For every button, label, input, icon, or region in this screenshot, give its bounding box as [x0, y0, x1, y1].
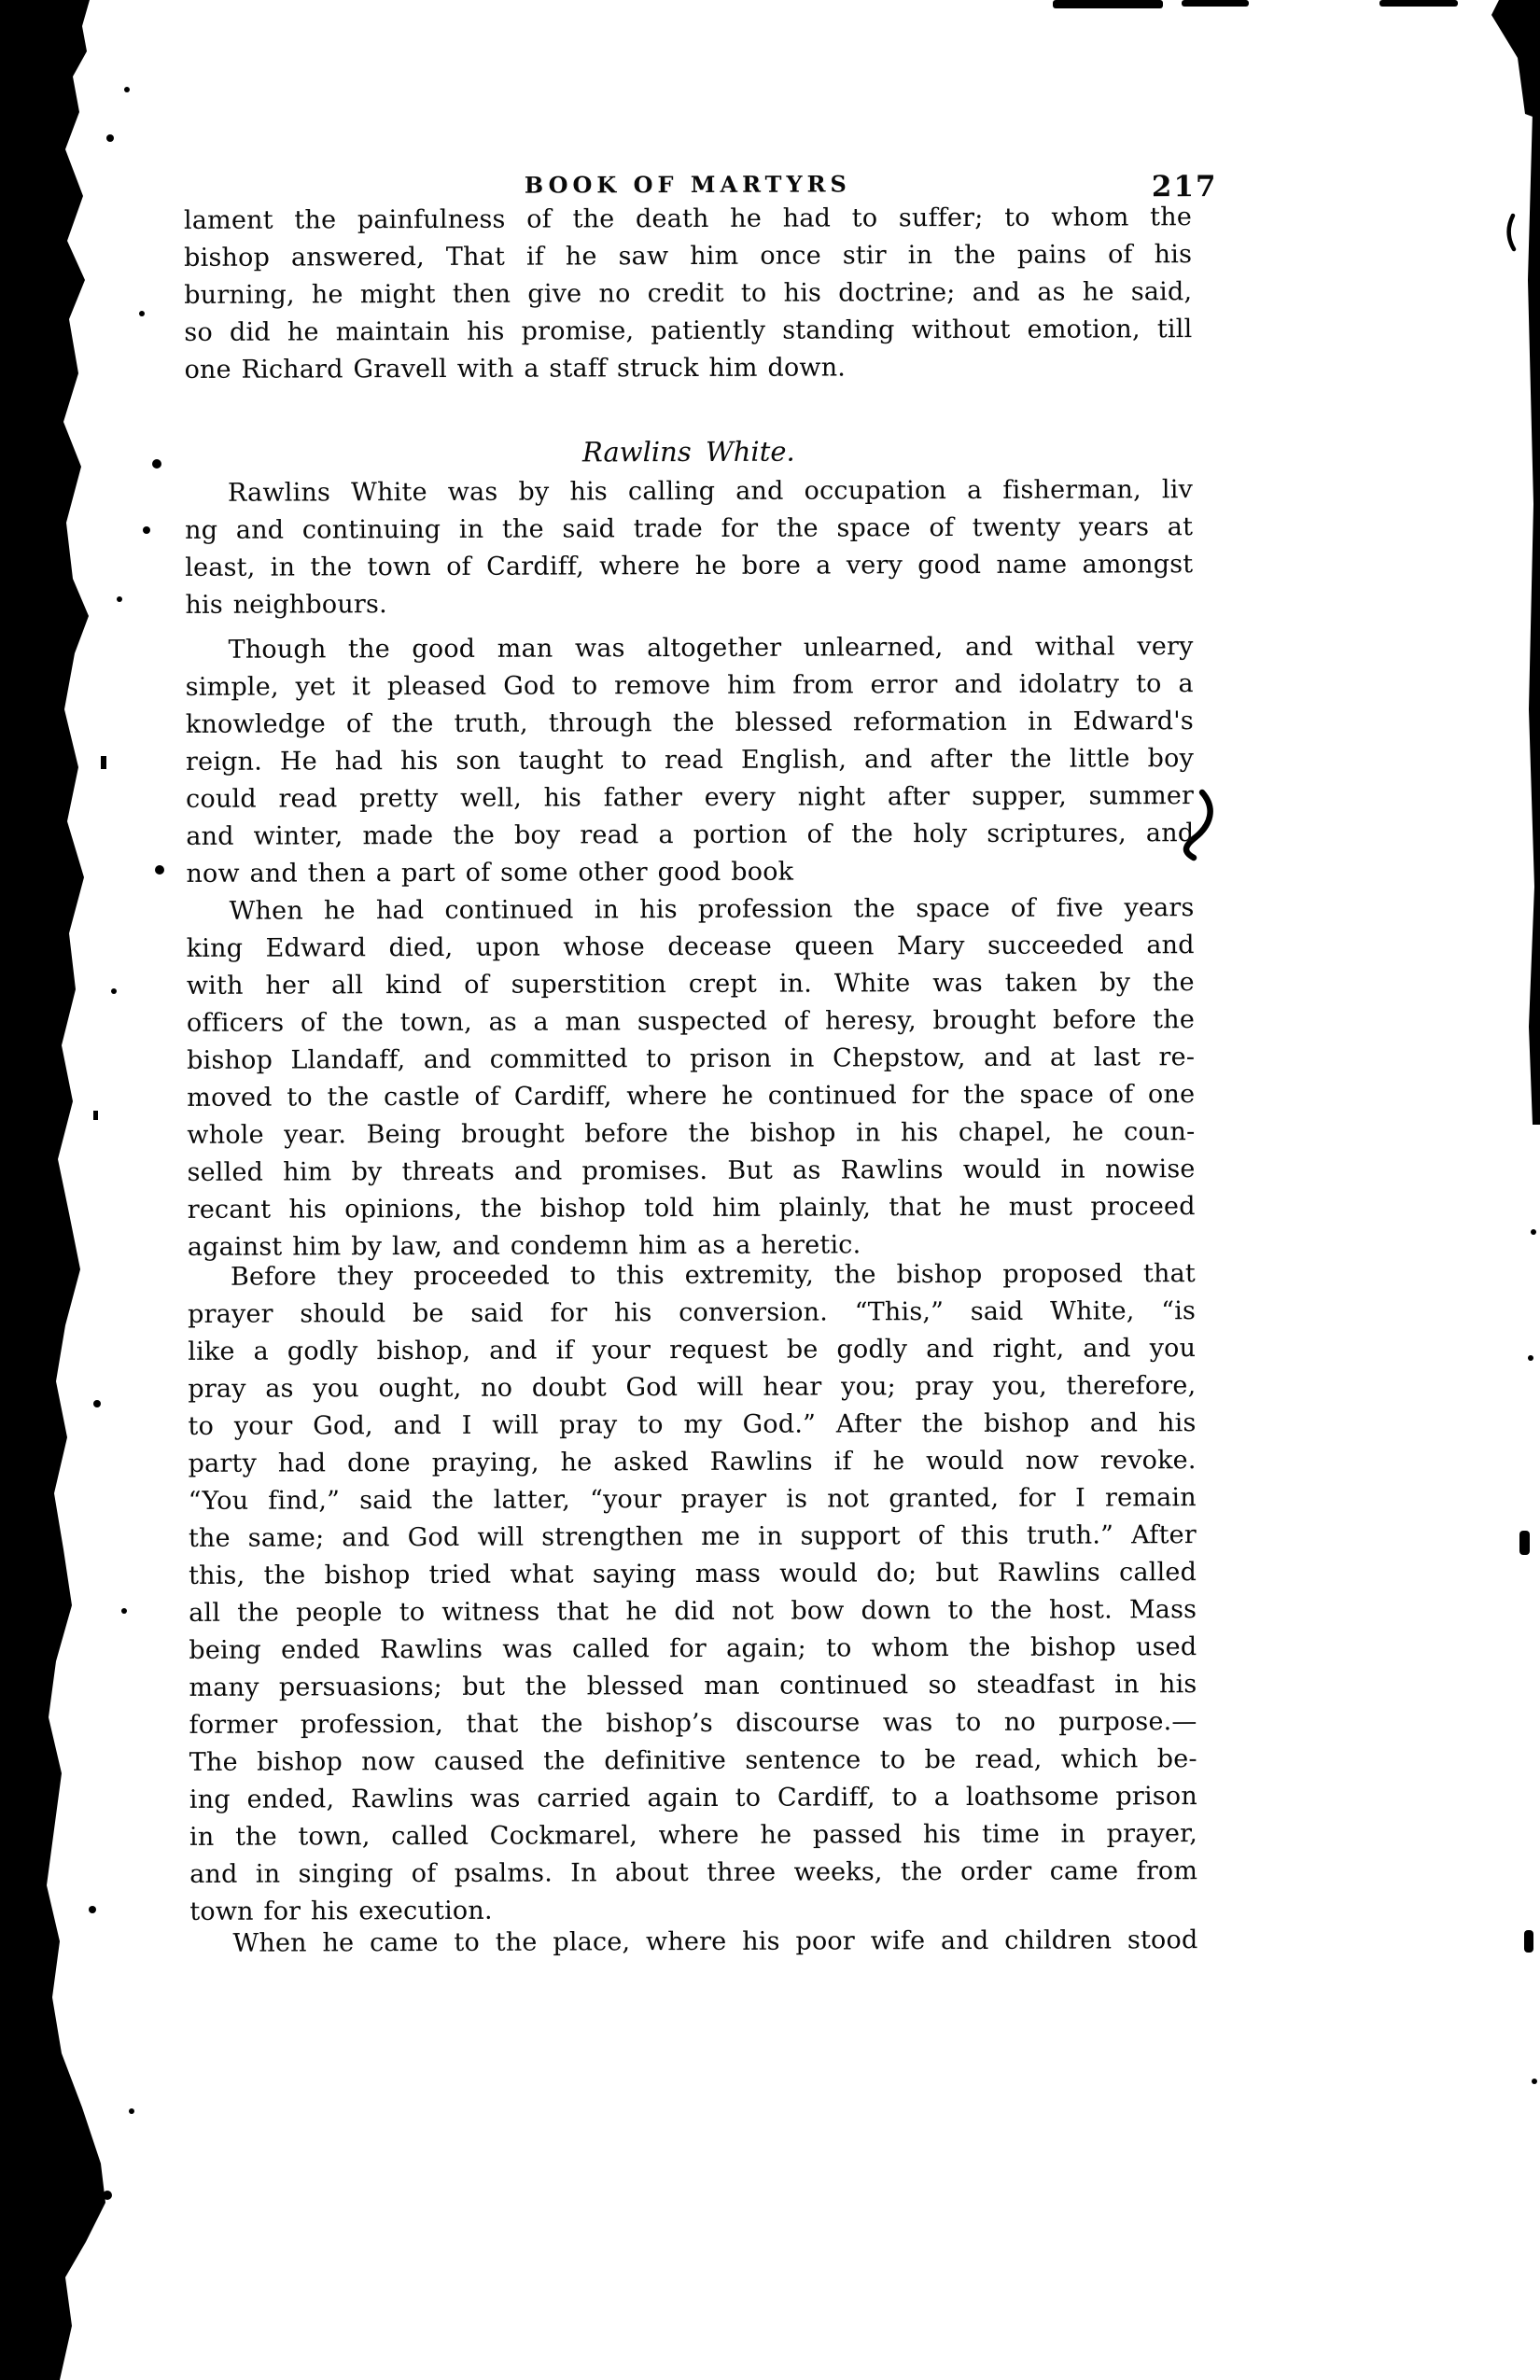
- text-line: moved to the castle of Cardiff, where he…: [187, 1076, 1195, 1117]
- text-line: this, the bishop tried what saying mass …: [189, 1554, 1197, 1595]
- text-line: burning, he might then give no credit to…: [184, 273, 1192, 315]
- text-line: and winter, made the boy read a portion …: [186, 815, 1194, 856]
- text-line: Rawlins White was by his calling and occ…: [185, 471, 1193, 512]
- page-content: BOOK OF MARTYRS 217 lament the painfulne…: [0, 0, 1540, 2380]
- text-line: ng and continuing in the said trade for …: [185, 509, 1193, 550]
- text-line: pray as you ought, no doubt God will hea…: [188, 1367, 1196, 1408]
- text-line: simple, yet it pleased God to remove him…: [186, 665, 1194, 707]
- text-line: bishop Llandaff, and committed to prison…: [187, 1039, 1195, 1080]
- text-line: party had done praying, he asked Rawlins…: [189, 1442, 1197, 1483]
- text-line: knowledge of the truth, through the bles…: [186, 703, 1194, 744]
- text-line: reign. He had his son taught to read Eng…: [186, 740, 1194, 781]
- text-line: like a godly bishop, and if your request…: [188, 1330, 1196, 1371]
- text-line: selled him by threats and promises. But …: [187, 1151, 1195, 1192]
- text-line: Before they proceeded to this extremity,…: [188, 1255, 1196, 1296]
- text-line: and in singing of psalms. In about three…: [189, 1853, 1197, 1894]
- section-heading: Rawlins White.: [185, 434, 1193, 469]
- text-line: with her all kind of superstition crept …: [187, 964, 1195, 1005]
- text-line: prayer should be said for his conversion…: [188, 1293, 1196, 1334]
- text-line: his neighbours.: [185, 583, 1193, 624]
- paragraph: Though the good man was altogether unlea…: [186, 628, 1195, 893]
- scanned-book-page: BOOK OF MARTYRS 217 lament the painfulne…: [0, 0, 1540, 2380]
- paragraph-continuation: lament the painfulness of the death he h…: [184, 199, 1193, 389]
- text-line: bishop answered, That if he saw him once…: [184, 236, 1192, 277]
- text-line: now and then a part of some other good b…: [186, 852, 1194, 893]
- text-line: many persuasions; but the blessed man co…: [189, 1666, 1197, 1707]
- text-line: all the people to witness that he did no…: [189, 1591, 1197, 1632]
- paragraph: Rawlins White was by his calling and occ…: [185, 471, 1194, 624]
- text-line: The bishop now caused the definitive sen…: [189, 1741, 1197, 1782]
- text-line: “You find,” said the latter, “your praye…: [189, 1479, 1197, 1520]
- paragraph: Before they proceeded to this extremity,…: [188, 1255, 1198, 1931]
- text-line: least, in the town of Cardiff, where he …: [185, 546, 1193, 587]
- text-line: When he came to the place, where his poo…: [189, 1922, 1197, 1963]
- text-line: to your God, and I will pray to my God.”…: [188, 1405, 1196, 1446]
- text-line: officers of the town, as a man suspected…: [187, 1001, 1195, 1043]
- running-header-title: BOOK OF MARTYRS: [184, 169, 1192, 200]
- text-line: ing ended, Rawlins was carried again to …: [189, 1778, 1197, 1819]
- paragraph: When he had continued in his profession …: [186, 889, 1195, 1267]
- text-line: former profession, that the bishop’s dis…: [189, 1703, 1197, 1744]
- text-line: Though the good man was altogether unlea…: [186, 628, 1194, 669]
- text-line: recant his opinions, the bishop told him…: [188, 1188, 1196, 1229]
- text-line: one Richard Gravell with a staff struck …: [184, 348, 1192, 389]
- text-line: the same; and God will strengthen me in …: [189, 1517, 1197, 1558]
- text-line: could read pretty well, his father every…: [186, 777, 1194, 819]
- text-line: in the town, called Cockmarel, where he …: [189, 1815, 1197, 1856]
- text-line: king Edward died, upon whose decease que…: [187, 927, 1195, 968]
- text-line: whole year. Being brought before the bis…: [187, 1113, 1195, 1155]
- text-line: being ended Rawlins was called for again…: [189, 1629, 1197, 1670]
- text-line: lament the painfulness of the death he h…: [184, 199, 1192, 240]
- paragraph: When he came to the place, where his poo…: [189, 1922, 1197, 1963]
- text-line: so did he maintain his promise, patientl…: [184, 311, 1192, 352]
- text-line: When he had continued in his profession …: [186, 889, 1194, 931]
